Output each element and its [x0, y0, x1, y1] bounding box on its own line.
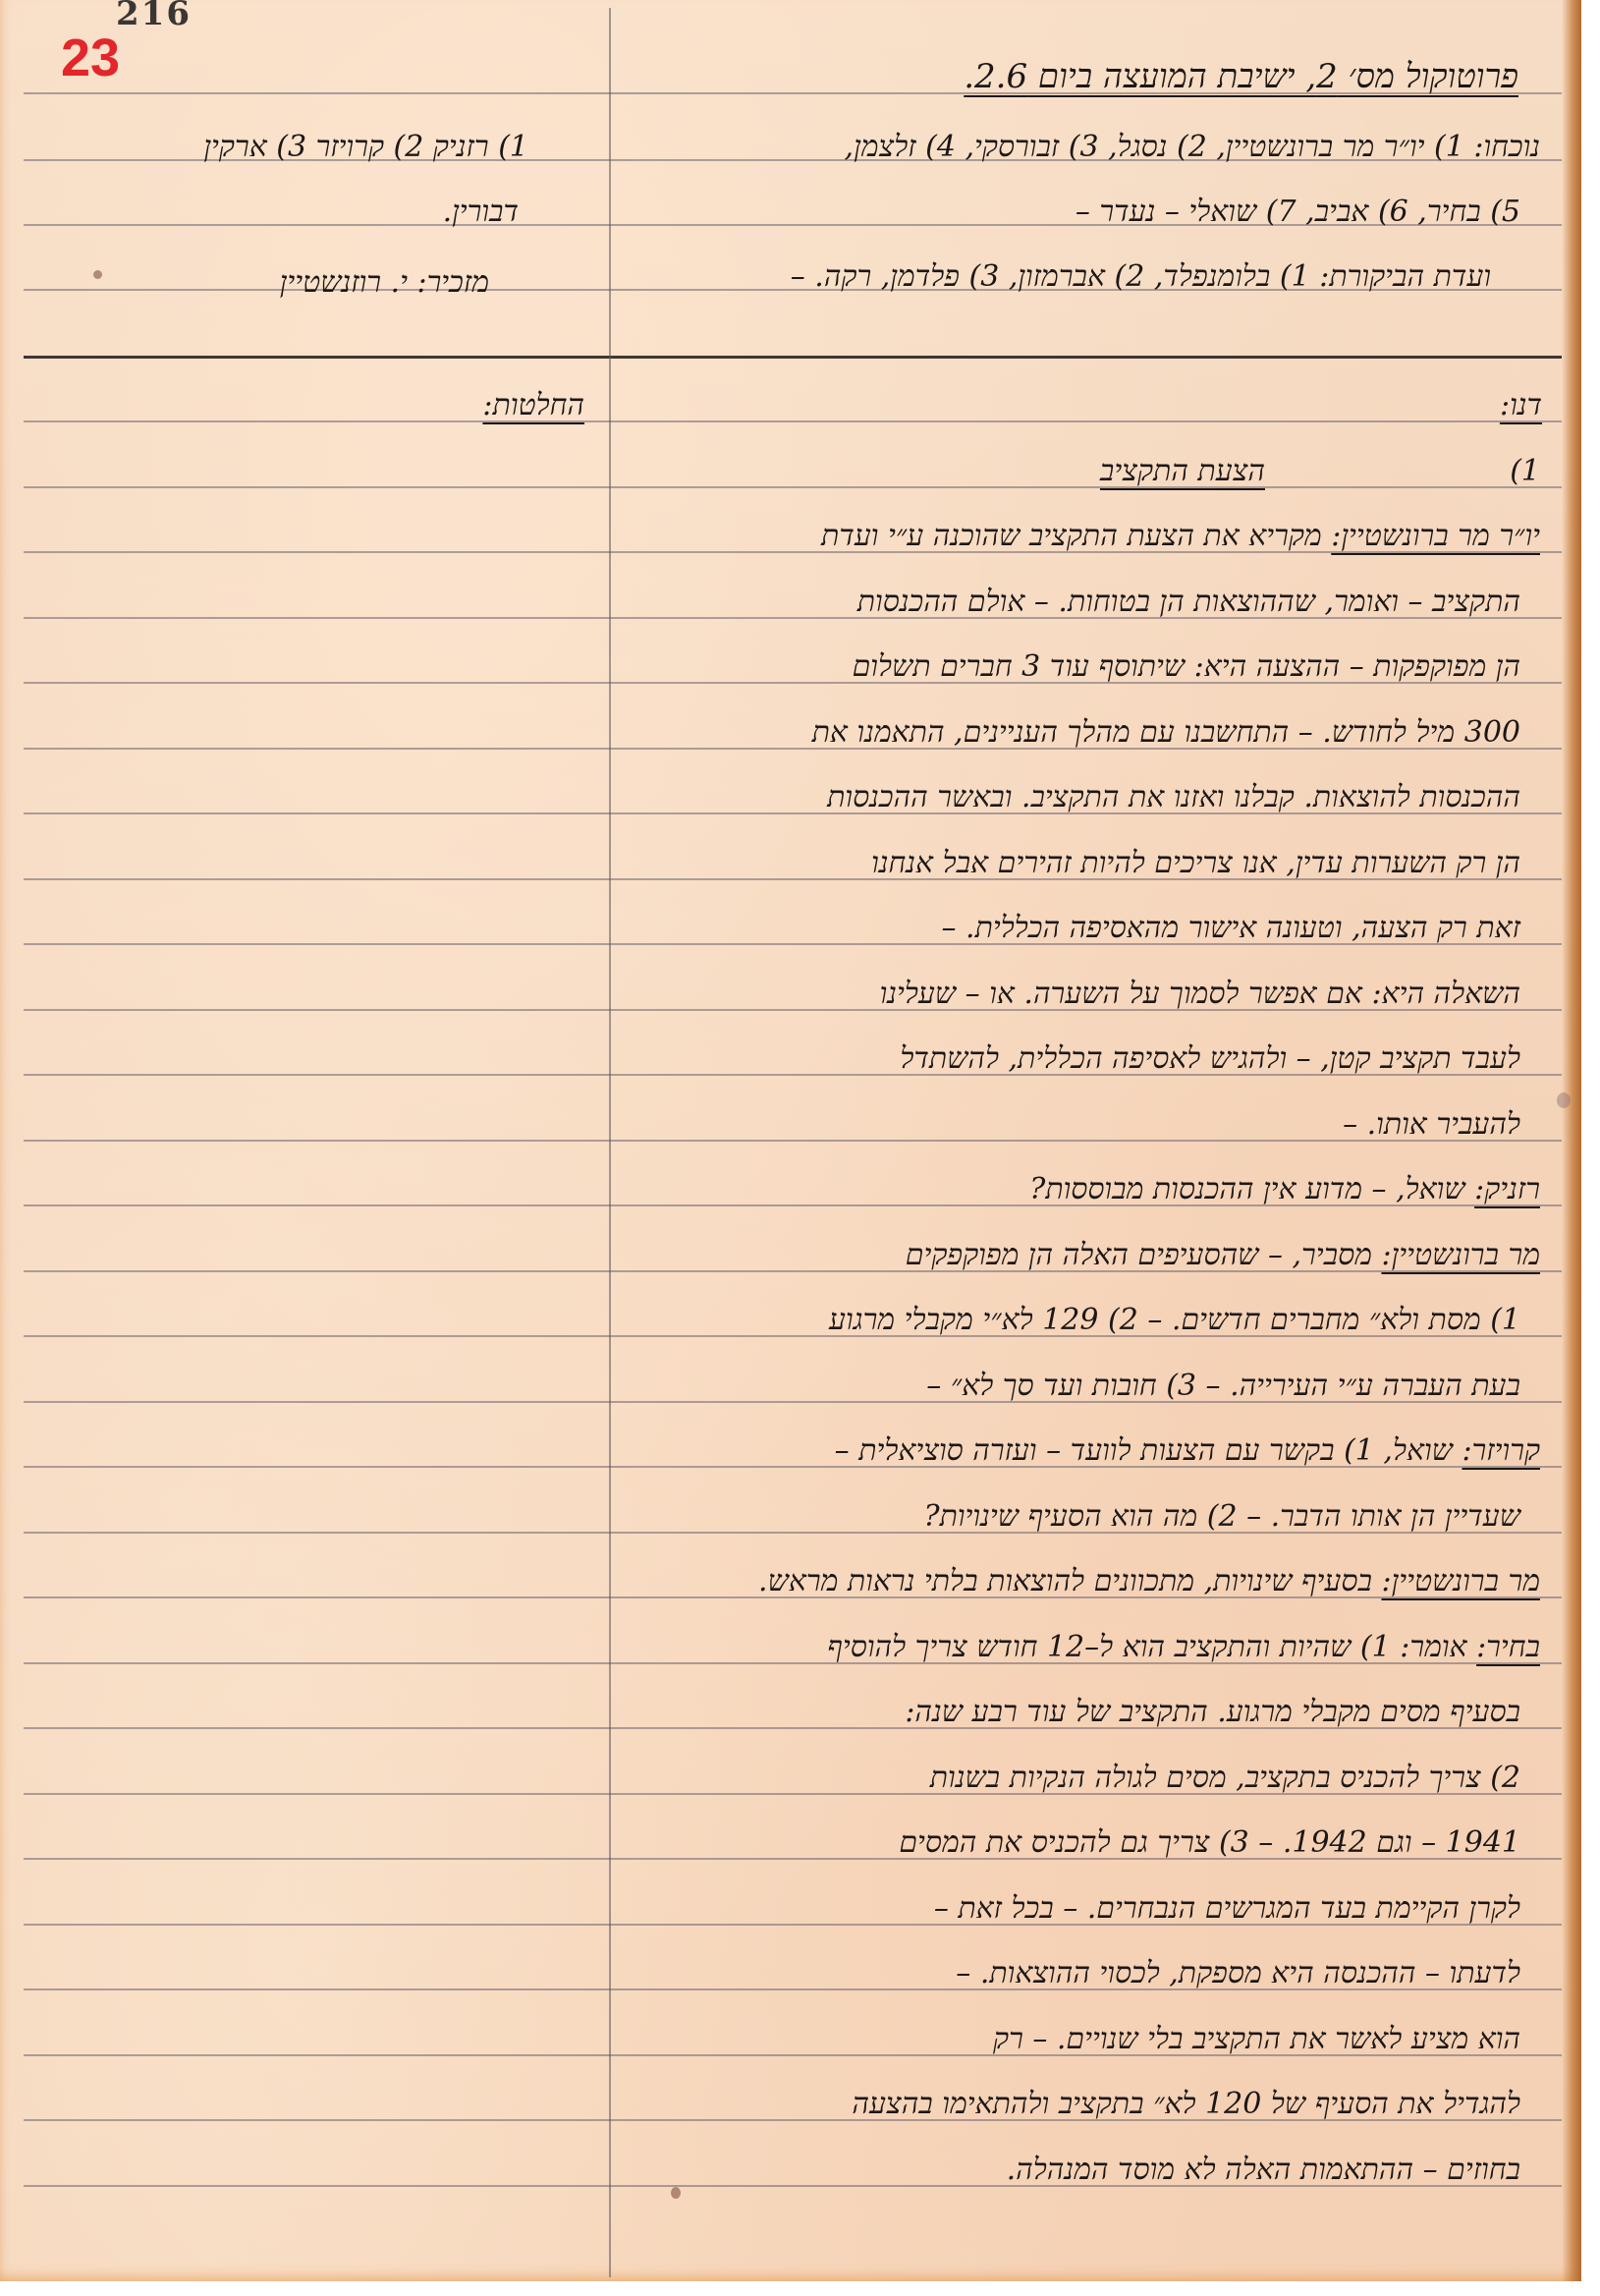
minutes-text: 300 מיל לחודש. – התחשבנו עם מהלך הענייני…: [812, 715, 1520, 750]
ruled-line: [24, 486, 1562, 488]
minutes-line: קרויזר: שואל, 1) בקשר עם הצעות לוועד – ו…: [835, 1433, 1540, 1469]
minutes-line: 1) מסת ולא״ מחברים חדשים. – 2) 129 לא״י …: [829, 1303, 1520, 1338]
ink-spot: [93, 270, 102, 279]
speaker-name: יו״ר מר ברונשטיין:: [1331, 519, 1540, 553]
archive-page-number: 216: [116, 0, 192, 33]
minutes-line: להעביר אותו. –: [1343, 1107, 1520, 1143]
minutes-line: להגדיל את הסעיף של 120 לא״ בתקציב ולהתאי…: [852, 2087, 1520, 2122]
minutes-text: מקריא את הצעת התקציב שהוכנה ע״י ועדת: [821, 519, 1331, 553]
discussion-heading: דנו:: [1500, 388, 1542, 423]
minutes-text: לדעתו – ההכנסה היא מספקת, לכסוי ההוצאות.…: [956, 1956, 1520, 1990]
minutes-text: 1) מסת ולא״ מחברים חדשים. – 2) 129 לא״י …: [829, 1303, 1520, 1337]
minutes-line: ההכנסות להוצאות. קבלנו ואזנו את התקציב. …: [827, 780, 1520, 815]
minutes-text: לקרן הקיימת בעד המגרשים הנבחרים. – בכל ז…: [934, 1891, 1520, 1926]
ruled-line: [24, 420, 1562, 422]
column-divider: [609, 8, 611, 2277]
minutes-line: בעת העברה ע״י העירייה. – 3) חובות ועד סך…: [926, 1369, 1520, 1404]
minutes-text: השאלה היא: אם אפשר לסמוך על השערה. או – …: [880, 977, 1520, 1011]
header-divider-line: [24, 356, 1562, 359]
secretary-signature: מזכיר: י. רוזנשטיין: [280, 265, 489, 301]
minutes-text: בסעיף שינויות, מתכוונים להוצאות בלתי נרא…: [758, 1564, 1381, 1598]
minutes-line: מר ברונשטיין: בסעיף שינויות, מתכוונים לה…: [758, 1564, 1540, 1599]
minutes-text: שואל, – מדוע אין ההכנסות מבוססות?: [1029, 1172, 1474, 1206]
ruled-line: [24, 1140, 1562, 1142]
ink-spot: [671, 2187, 681, 2199]
protocol-title: פרוטוקול מס׳ 2, ישיבת המועצה ביום 2.6.: [964, 59, 1518, 94]
minutes-text: ההכנסות להוצאות. קבלנו ואזנו את התקציב. …: [827, 780, 1520, 814]
absent-members: 1) רזניק 2) קרויזר 3) ארקין: [203, 130, 528, 165]
absent-members-continued: דבורין.: [443, 195, 519, 230]
minutes-line: השאלה היא: אם אפשר לסמוך על השערה. או – …: [880, 977, 1520, 1012]
minutes-line: התקציב – ואומר, שההוצאות הן בטוחות. – או…: [857, 585, 1520, 620]
minutes-text: התקציב – ואומר, שההוצאות הן בטוחות. – או…: [857, 585, 1520, 619]
decisions-heading: החלטות:: [482, 388, 584, 423]
page-edge-shadow: [1562, 0, 1581, 2281]
minutes-line: לדעתו – ההכנסה היא מספקת, לכסוי ההוצאות.…: [956, 1956, 1520, 1991]
speaker-name: בחיר:: [1476, 1630, 1540, 1664]
minutes-text: 1941 – וגם 1942. – 3) צריך גם להכניס את …: [899, 1825, 1520, 1860]
minutes-text: להגדיל את הסעיף של 120 לא״ בתקציב ולהתאי…: [852, 2087, 1520, 2121]
minutes-line: לעבד תקציב קטן, – ולהגיש לאסיפה הכללית, …: [900, 1041, 1520, 1077]
minutes-text: בחוזים – ההתאמות האלה לא מוסד המנהלה.: [1007, 2153, 1520, 2187]
speaker-name: קרויזר:: [1462, 1433, 1540, 1468]
scanned-document-page: 216 23 פרוטוקול מס׳ 2, ישיבת המועצה ביום…: [0, 0, 1579, 2281]
minutes-text: הן מפוקפקות – ההצעה היא: שיתוסף עוד 3 חב…: [853, 649, 1520, 684]
minutes-line: 2) צריך להכניס בתקציב, מסים לגולה הנקיות…: [930, 1761, 1520, 1796]
minutes-text: זאת רק הצעה, וטעונה אישור מהאסיפה הכללית…: [942, 911, 1521, 945]
minutes-text: לעבד תקציב קטן, – ולהגיש לאסיפה הכללית, …: [900, 1041, 1520, 1076]
minutes-line: בחיר: אומר: 1) שהיות והתקציב הוא ל–12 חו…: [827, 1630, 1540, 1665]
attendees-line-continued: 5) בחיר, 6) אביב, 7) שואלי – נעדר –: [1076, 195, 1520, 230]
minutes-line: הוא מציע לאשר את התקציב בלי שנויים. – רק: [993, 2022, 1520, 2057]
minutes-text: שואל, 1) בקשר עם הצעות לוועד – ועזרה סוצ…: [835, 1433, 1462, 1468]
minutes-text: אומר: 1) שהיות והתקציב הוא ל–12 חודש צרי…: [827, 1630, 1476, 1664]
minutes-line: בסעיף מסים מקבלי מרגוע. התקציב של עוד רב…: [905, 1695, 1520, 1730]
minutes-line: הן רק השערות עדין, אנו צריכים להיות זהיר…: [871, 846, 1520, 881]
agenda-item-number: 1): [1510, 454, 1540, 489]
minutes-text: מסביר, – שהסעיפים האלה הן מפוקפקים: [906, 1238, 1382, 1272]
stain-spot: [1557, 1092, 1571, 1108]
minutes-text: בסעיף מסים מקבלי מרגוע. התקציב של עוד רב…: [905, 1695, 1520, 1729]
audit-committee-line: ועדת הביקורת: 1) בלומנפלד, 2) אברמזון, 3…: [791, 259, 1491, 295]
attendees-line: נוכחו: 1) יו״ר מר ברונשטיין, 2) נסגל, 3)…: [845, 130, 1540, 165]
minutes-line: לקרן הקיימת בעד המגרשים הנבחרים. – בכל ז…: [934, 1891, 1520, 1927]
minutes-text: הן רק השערות עדין, אנו צריכים להיות זהיר…: [871, 846, 1520, 880]
minutes-line: שעדיין הן אותו הדבר. – 2) מה הוא הסעיף ש…: [924, 1499, 1521, 1535]
speaker-name: מר ברונשטיין:: [1381, 1564, 1540, 1598]
agenda-item-title: הצעת התקציב: [1100, 454, 1265, 489]
speaker-name: מר ברונשטיין:: [1381, 1238, 1540, 1272]
minutes-line: מר ברונשטיין: מסביר, – שהסעיפים האלה הן …: [906, 1238, 1540, 1273]
overlay-page-label: 23: [61, 28, 120, 88]
minutes-line: בחוזים – ההתאמות האלה לא מוסד המנהלה.: [1007, 2153, 1520, 2188]
minutes-line: הן מפוקפקות – ההצעה היא: שיתוסף עוד 3 חב…: [853, 649, 1520, 685]
minutes-line: 1941 – וגם 1942. – 3) צריך גם להכניס את …: [899, 1825, 1520, 1861]
minutes-text: הוא מציע לאשר את התקציב בלי שנויים. – רק: [993, 2022, 1520, 2056]
minutes-text: 2) צריך להכניס בתקציב, מסים לגולה הנקיות…: [930, 1761, 1520, 1795]
minutes-text: שעדיין הן אותו הדבר. – 2) מה הוא הסעיף ש…: [924, 1499, 1521, 1534]
minutes-line: 300 מיל לחודש. – התחשבנו עם מהלך הענייני…: [812, 715, 1520, 751]
minutes-text: בעת העברה ע״י העירייה. – 3) חובות ועד סך…: [926, 1369, 1520, 1403]
minutes-line: רזניק: שואל, – מדוע אין ההכנסות מבוססות?: [1029, 1172, 1540, 1207]
minutes-text: להעביר אותו. –: [1343, 1107, 1520, 1142]
speaker-name: רזניק:: [1474, 1172, 1540, 1206]
minutes-line: זאת רק הצעה, וטעונה אישור מהאסיפה הכללית…: [942, 911, 1521, 946]
minutes-line: יו״ר מר ברונשטיין: מקריא את הצעת התקציב …: [821, 519, 1540, 554]
